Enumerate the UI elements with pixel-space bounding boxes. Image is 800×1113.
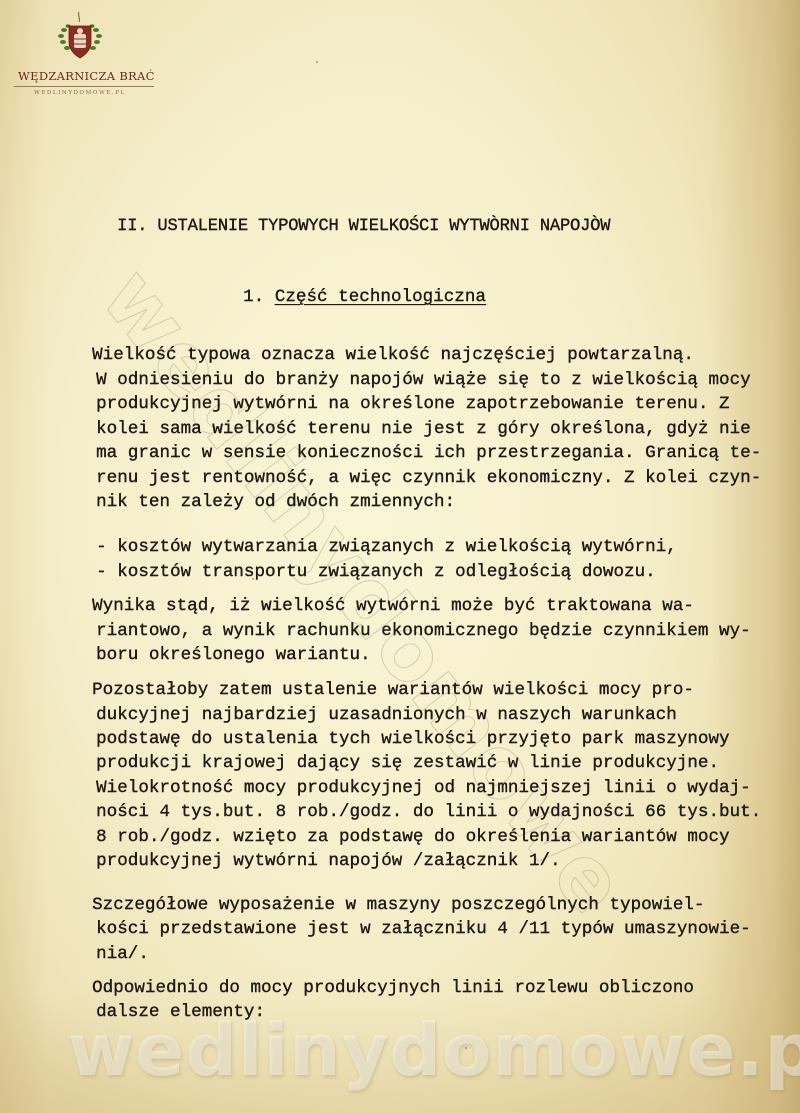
body-line: kości przedstawione jest w załączniku 4 … — [96, 919, 751, 939]
bottom-watermark: wedlinydomowe.pl — [68, 1008, 800, 1092]
body-line: Wielokrotność mocy produkcyjnej od najmn… — [96, 778, 751, 798]
body-line: produkcji krajowej dający się zestawić w… — [96, 753, 719, 773]
document-page: WĘDZARNICZA BRAĆ WEDLINYDOMOWE.PL wedlin… — [0, 0, 800, 1113]
body-line: Wielkość typowa oznacza wielkość najczęś… — [92, 345, 694, 365]
body-line: Odpowiednio do mocy produkcyjnych linii … — [92, 978, 694, 998]
body-line: podstawę do ustalenia tych wielkości prz… — [96, 729, 729, 749]
subsection-heading: 1. Część technologiczna — [243, 287, 486, 307]
list-item: - kosztów wytwarzania związanych z wielk… — [96, 537, 677, 557]
logo-divider — [14, 86, 154, 87]
body-line: nik ten zależy od dwóch zmiennych: — [96, 492, 455, 512]
subsection-number: 1. — [243, 287, 264, 307]
body-line: ma granic w sensie konieczności ich prze… — [96, 443, 761, 463]
body-line: boru określonego wariantu. — [96, 645, 371, 665]
body-line: riantowo, a wynik rachunku ekonomicznego… — [96, 621, 751, 641]
section-heading: II. USTALENIE TYPOWYCH WIELKOŚCI WYTWÒRN… — [117, 217, 610, 237]
body-line: produkcyjnej wytwórni na określone zapot… — [96, 394, 729, 414]
logo-url: WEDLINYDOMOWE.PL — [34, 90, 144, 96]
body-line: dukcyjnej najbardziej uzasadnionych w na… — [96, 705, 677, 725]
paper-speck — [252, 578, 254, 580]
paper-speck — [287, 502, 289, 504]
body-line: nia/. — [96, 944, 149, 964]
body-line: Wynika stąd, iż wielkość wytwórni może b… — [92, 596, 694, 616]
subsection-title: Część technologiczna — [275, 287, 486, 307]
page-edge-shading — [710, 0, 800, 1113]
list-item: - kosztów transportu związanych z odległ… — [96, 562, 656, 582]
shield-emblem-icon — [50, 10, 110, 62]
body-line: renu jest rentowność, a więc czynnik eko… — [96, 468, 761, 488]
body-line: Pozostałoby zatem ustalenie wariantów wi… — [92, 680, 694, 700]
paper-speck — [465, 1047, 467, 1049]
body-line: W odniesieniu do branży napojów wiąże si… — [96, 370, 751, 390]
logo-title: WĘDZARNICZA BRAĆ — [18, 69, 154, 83]
body-line: kolei sama wielkość terenu nie jest z gó… — [96, 419, 751, 439]
body-line: ności 4 tys.but. 8 rob./godz. do linii o… — [96, 802, 761, 822]
paper-speck — [316, 61, 318, 63]
site-logo: WĘDZARNICZA BRAĆ WEDLINYDOMOWE.PL — [10, 6, 150, 96]
body-line: produkcyjnej wytwórni napojów /załącznik… — [96, 851, 561, 871]
body-line: Szczegółowe wyposażenie w maszyny poszcz… — [92, 895, 704, 915]
body-line: 8 rob./godz. wzięto za podstawę do okreś… — [96, 827, 729, 847]
